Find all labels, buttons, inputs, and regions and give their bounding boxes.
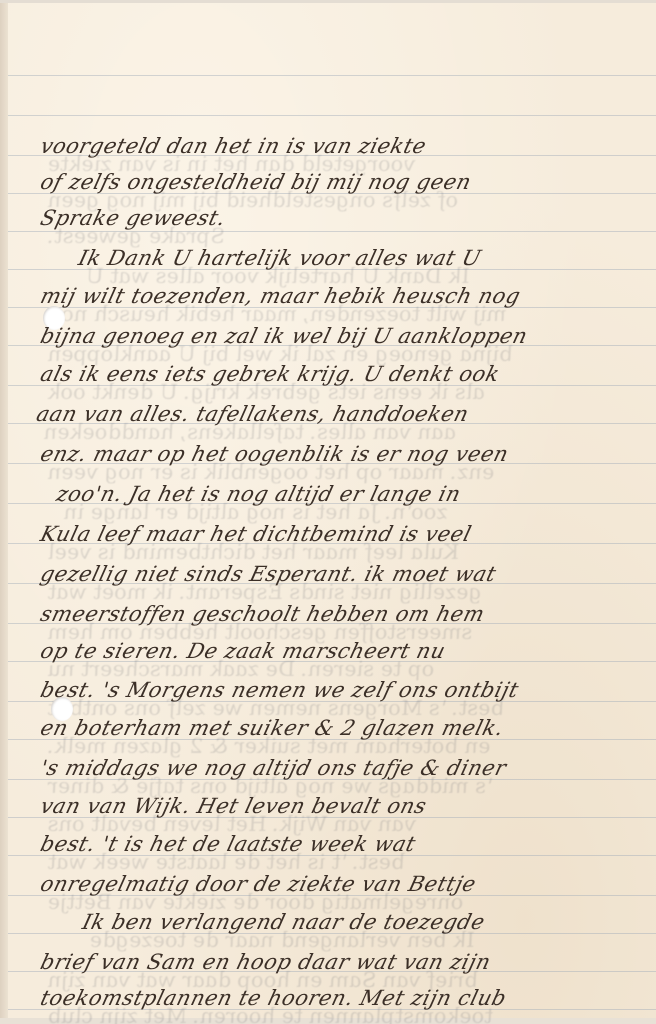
text-line: voorgeteld dan het in is van ziekte <box>38 134 429 158</box>
text-line: best. 's Morgens nemen we zelf ons ontbi… <box>38 678 521 702</box>
text-line: Kula leef maar het dichtbemind is veel <box>38 522 474 546</box>
text-line: enz. maar op het oogenblik is er nog vee… <box>38 442 511 466</box>
text-line: Ik Dank U hartelijk voor alles wat U <box>76 246 484 270</box>
text-line: als ik eens iets gebrek krijg. U denkt o… <box>38 362 502 386</box>
text-line: of zelfs ongesteldheid bij mij nog geen <box>38 170 474 194</box>
ruling-line <box>8 75 656 76</box>
text-line: best. 't is het de laatste week wat <box>38 832 418 856</box>
text-line: en boterham met suiker & 2 glazen melk. <box>38 716 506 740</box>
text-line: gezellig niet sinds Esperant. ik moet wa… <box>38 562 499 586</box>
text-line: Sprake geweest. <box>38 206 228 230</box>
text-line: brief van Sam en hoop daar wat van zijn <box>38 950 493 974</box>
text-line: op te sieren. De zaak marscheert nu <box>38 639 448 663</box>
text-line: aan van alles. tafellakens, handdoeken <box>34 402 471 426</box>
text-line: 's middags we nog altijd ons tafje & din… <box>38 756 509 780</box>
text-line: smeerstoffen geschoolt hebben om hem <box>38 602 487 626</box>
ruling-line <box>8 115 656 116</box>
text-line: zoo'n. Ja het is nog altijd er lange in <box>54 482 463 506</box>
paper-left-edge <box>0 0 8 1024</box>
text-line: toekomstplannen te hooren. Met zijn club <box>38 986 509 1010</box>
text-line: van van Wijk. Het leven bevalt ons <box>38 794 429 818</box>
text-line: onregelmatig door de ziekte van Bettje <box>38 872 479 896</box>
text-line: Ik ben verlangend naar de toezegde <box>80 910 487 934</box>
text-line: mij wilt toezenden, maar hebik heusch no… <box>38 284 523 308</box>
letter-page: voorgeteld dan het in is van ziekteof ze… <box>0 0 656 1024</box>
text-line: bijna genoeg en zal ik wel bij U aanklop… <box>38 324 530 348</box>
paper-top-edge <box>0 0 656 3</box>
